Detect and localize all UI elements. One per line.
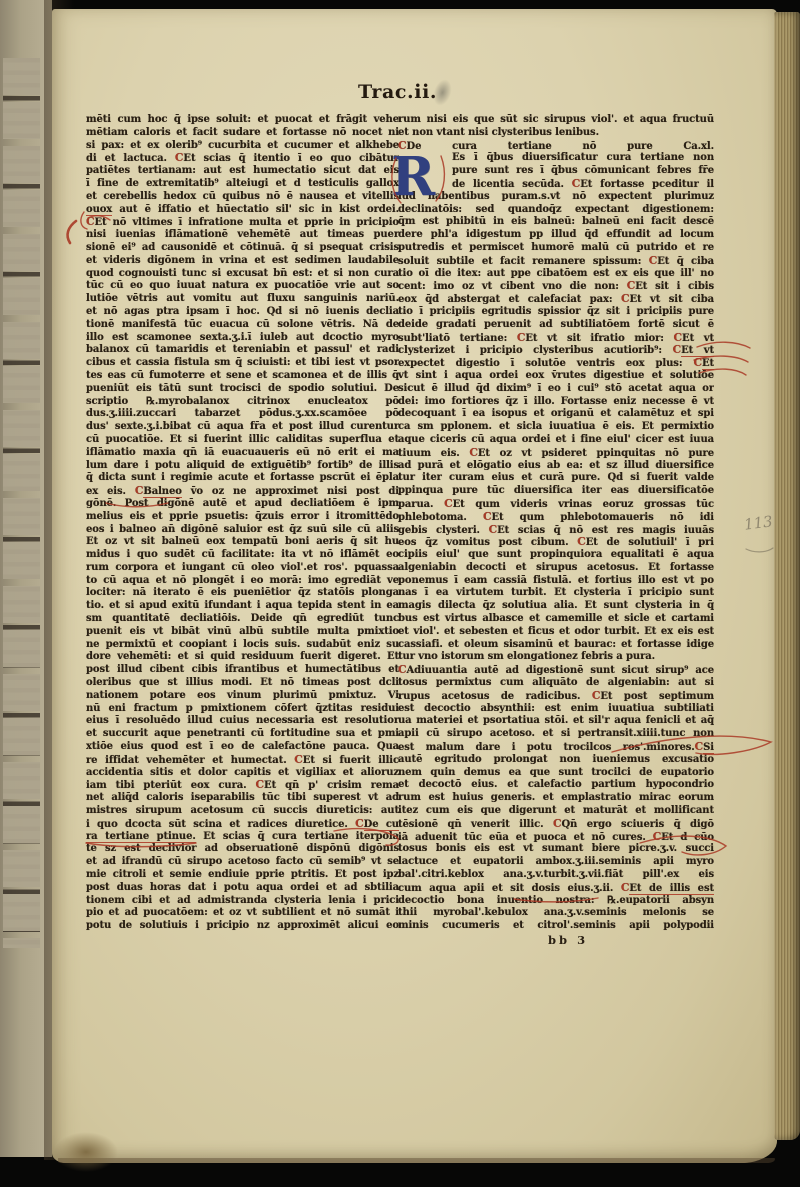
text-line: lutiōe vētris aut vomitu aut fluxu sangu… [86, 293, 399, 306]
text-line: q̄m est phibitū in eis balneū: balneū en… [398, 216, 714, 229]
text-line: dus.ʒ.iiii.zuccari tabarzet pōdus.ʒ.xx.s… [86, 408, 399, 421]
text-line: re iffidat vehemēter et humectat. CEt si… [86, 754, 399, 767]
text-line: xtiōe eius quod est ī eo de calefactōne … [86, 741, 399, 754]
text-line: deide gradati peruenit ad subtiliatōem f… [398, 319, 714, 332]
text-line: itez cum eis que digerunt et maturāt et … [398, 805, 714, 818]
text-line: ppinqua pure tūc diuersifica iter eas di… [398, 485, 714, 498]
text-line: mētiam caloris et facit sudare et fortas… [86, 127, 399, 140]
text-line: iam tibi pteriūt eox cura. CEt qn̄ p' cr… [86, 779, 399, 792]
text-line: et succurit aque penetranti cū fortitudi… [86, 728, 399, 741]
text-line: et viol'. et sebesten et ficus et odor t… [398, 626, 714, 639]
text-line: decoquant̄ ī ea isopus et origanū et cal… [398, 408, 714, 421]
text-line: Es ī q̄bus diuersificatur cura tertiane … [398, 152, 714, 165]
text-line: cent: imo oz vt cibent̄ vno die non: CEt… [398, 280, 714, 293]
text-line: parua. CEt qum videris vrinas eoruz gros… [398, 498, 714, 511]
text-line: CEt nō vltimes ī infratione multa et ppr… [86, 216, 399, 229]
text-line: sicut ē illud q̄d dixim⁹ ī eo i cui⁹ stō… [398, 383, 714, 396]
illuminated-initial: R [391, 153, 443, 205]
text-line: to cū aqua et nō plongēt i eo morā: imo … [86, 575, 399, 588]
fore-edge-page-stack [774, 12, 800, 1140]
text-line: cassiafi. et oleum sisaminū et baurac: e… [398, 639, 714, 652]
text-line: eox q̄d abstergat et calefaciat pax: CEt… [398, 293, 714, 306]
text-line: eos q̄z vomitus post cibum. CEt de solut… [398, 536, 714, 549]
text-line: sionē ei⁹ ad causonidē et cōtinuā. q̄ si… [86, 242, 399, 255]
text-line: cipiis eiul' que sunt propinquiora equal… [398, 549, 714, 562]
text-column-right: rum nisi eis que sūt sic sirupus viol'. … [398, 114, 714, 933]
text-line: decoctio bona inuentio nostra: ℞.eupator… [398, 895, 714, 908]
text-line: gebis clysteri. CEt scias q̄ nō est res … [398, 524, 714, 537]
text-line: phlebotoma. CEt qum phlebotomaueris nō i… [398, 511, 714, 524]
text-line: et non vtant̄ nisi clysteribus lenibus. [398, 127, 714, 140]
text-line: est malum dare i potu trocilcos ros'.min… [398, 741, 714, 754]
text-line: di et lactuca. CEt scias q̄ itentio ī eo… [86, 152, 399, 165]
text-line: potu de solutiuis i pricipio nz approxim… [86, 920, 399, 933]
text-line: mēti cum hoc q̄ ipse soluit: et puocat e… [86, 114, 399, 127]
text-line: post duas horas dat̄ i potu aqua ordei e… [86, 882, 399, 895]
text-line: tēsionē qn̄ venerit illic. CQn̄ ergo sci… [398, 818, 714, 831]
text-line: iflāmatio maxia qn̄ iā euacuaueris eū nō… [86, 447, 399, 460]
text-line: iā aduenit tūc eūa et puoca et nō cures.… [398, 831, 714, 844]
text-line: declinatōis: sed quandoq̄z expectant dig… [398, 204, 714, 217]
text-line: illo est scamonee sexta.ʒ.i.ī iuleb aut … [86, 332, 399, 345]
text-line: nationem potare eos vinum plurimū pmixtu… [86, 690, 399, 703]
text-line: cū puocatiōe. Et si fuerint illic calidi… [86, 434, 399, 447]
text-line: cum aqua apii et sit dosis eius.ʒ.ii. CE… [398, 882, 714, 895]
text-line: ouox aut ē iffatio et hūectatio sil' sic… [86, 204, 399, 217]
text-line: rum est huius generis. et emplastratio m… [398, 792, 714, 805]
text-line: cibus et cassia fistula sm q̄ sciuisti: … [86, 357, 399, 370]
text-line: de licentia secūda. CEt fortasse pceditu… [398, 178, 714, 191]
text-line: magis dilecta q̄z solutiua alia. Et sunt… [398, 600, 714, 613]
text-line: et videris digōnem in vrina et est sedim… [86, 255, 399, 268]
text-line: nem quin demus ea que sunt trocilci de e… [398, 767, 714, 780]
text-line: nisi iuenias iflāmationē vehemētē aut ti… [86, 229, 399, 242]
text-line: Et oz vt sit balneū eox tempatū boni aer… [86, 536, 399, 549]
text-line: aque ciceris cū aqua ordei et i fine eiu… [398, 434, 714, 447]
text-line: CAdiuuantia autē ad digestionē sunt sicu… [398, 664, 714, 677]
folio-pencil-number: 113 [743, 512, 774, 533]
text-line: vt sint i aqua ordei eox v̄rutes digesti… [398, 370, 714, 383]
text-line: eos i balneo an̄ digōnē saluior est q̄z … [86, 524, 399, 537]
text-line: tur iter curam eius et curā pure. Q̄d si… [398, 472, 714, 485]
text-line: melius eis et pprie psuetis: q̄zuis erro… [86, 511, 399, 524]
text-line: ca sm pplonem. et sicla iuuatiua ē eis. … [398, 421, 714, 434]
text-line: tes eas cū fumoterre et sene et scamonea… [86, 370, 399, 383]
text-line: net aliq̄d caloris iseparabilis tūc tibi… [86, 792, 399, 805]
text-line: ra tertiane ptinue. Et scias q̄ cura ter… [86, 831, 399, 844]
book-page: Trac.ii. mēti cum hoc q̄ ipse soluit: et… [52, 9, 777, 1163]
text-line: lactuce et eupatorii ambox.ʒ.iii.seminis… [398, 856, 714, 869]
text-line: minis cucumeris et citrol'.seminis apii … [398, 920, 714, 933]
text-line: mie citroli et semie endiuie pprie ptrit… [86, 869, 399, 882]
text-line: tionē manifestā tūc euacua cū solone vēt… [86, 319, 399, 332]
text-line: tosus bonis eis est vt sumant̄ biere pic… [398, 843, 714, 856]
text-line: si pax: et ex olerib⁹ cucurbita et cucum… [86, 140, 399, 153]
text-line: et cerebellis hedox cū quibus nō ē nause… [86, 191, 399, 204]
corner-stain [54, 1132, 118, 1172]
text-line: post illud cibent̄ cibis ifrantibus et h… [86, 664, 399, 677]
text-line: nū eni fractum p pmixtionem cōfert q̄zti… [86, 703, 399, 716]
text-column-left: mēti cum hoc q̄ ipse soluit: et puocat e… [86, 114, 399, 933]
text-line: apii cū sirupo acetoso. et si pertransit… [398, 728, 714, 741]
text-line: balanox cū tamaridis et tereniabin et pa… [86, 344, 399, 357]
text-line: tio. et si apud exitū ifundant̄ i aqua t… [86, 600, 399, 613]
text-line: tur vno istorum sm elongationez febris a… [398, 651, 714, 664]
text-line: patiētes tertianam: aut est humectatio s… [86, 165, 399, 178]
text-line: expectet̄ digestio ī solutōe ventris eox… [398, 357, 714, 370]
text-line: dore vehemēti: et si quid residuum fueri… [86, 651, 399, 664]
text-line: est decoctio absynthii: est enim iuuatiu… [398, 703, 714, 716]
text-line: rupus acetosus de radicibus. CEt post se… [398, 690, 714, 703]
text-line: gōnē. Post digōnē autē et apud decliatiō… [86, 498, 399, 511]
text-line: ex eis. CBalneo v̄o oz ne approximet nis… [86, 485, 399, 498]
text-line: pio et ad puocatōem: et oz vt subtilient… [86, 907, 399, 920]
running-title: Trac.ii. [358, 81, 437, 103]
text-line: putredis et permiscet humorē malū cū put… [398, 242, 714, 255]
text-line: te sz est declivior ad obseruationē disp… [86, 843, 399, 856]
text-line: dus' sexte.ʒ.i.bibat̄ cū aqua fr̄a et po… [86, 421, 399, 434]
text-line: tiuum eis. CEt oz vt psideret̄ ppinquita… [398, 447, 714, 460]
text-line: algeniabin decocti et sirupus acetosus. … [398, 562, 714, 575]
text-line: dei: imo fortiores q̄z ī illo. Fortasse … [398, 396, 714, 409]
text-line: lud habentibus puram.s.vt nō expectent p… [398, 191, 714, 204]
text-line: dere phl'a idigestum pp illud q̄d effund… [398, 229, 714, 242]
text-line: et ad ifrandū cū sirupo acetoso facto cū… [86, 856, 399, 869]
text-line: et decoctō eius. et calefactio partium h… [398, 779, 714, 792]
text-line: tosus permixtus cum aliquāto de algeniab… [398, 677, 714, 690]
text-line: bal'.citri.keblox ana.ʒ.v.turbit.ʒ.vii.f… [398, 869, 714, 882]
text-line: nas ī ea virtutem turbit. Et clysteria ī… [398, 587, 714, 600]
text-line: pueniūt eis tātū sunt trocisci de spodio… [86, 383, 399, 396]
text-line: midus i quo sudēt cū facilitate: ita vt … [86, 549, 399, 562]
text-line: ad purā et elōgatio eius ab ea: et sz il… [398, 460, 714, 473]
book-photo: Trac.ii. mēti cum hoc q̄ ipse soluit: et… [0, 0, 800, 1187]
text-line: tūc cū eo quo iuuat̄ natura ex puocatiōe… [86, 280, 399, 293]
text-line: scriptio ℞.myrobalanox citrinox enucleat… [86, 396, 399, 409]
text-line: sm quantitatē decliatiōis. Deide qn̄ egr… [86, 613, 399, 626]
text-line: eius ī resoluēdo illud cuius necessaria … [86, 715, 399, 728]
text-line: tio oī die itex: aut ppe cibatōem est ex… [398, 268, 714, 281]
text-line: et nō agas ptra ipsam ī hoc. Q̄d si nō i… [86, 306, 399, 319]
text-line: rum corpora et iungant̄ cū oleo viol'.et… [86, 562, 399, 575]
text-line: accidentia sitis et dolor capitis et vig… [86, 767, 399, 780]
text-line: ī fine de extremitatib⁹ alteiugi et d̄ t… [86, 178, 399, 191]
text-line: tionem cibi et ad admistranda clysteria … [86, 895, 399, 908]
quire-signature: bb 3 [548, 933, 588, 947]
text-line: ua materiei et psortatiua stōi. et sil'r… [398, 715, 714, 728]
text-line: quod cognouisti tunc si excusat bn̄ est:… [86, 268, 399, 281]
text-line: clysterizet̄ i pricipio clysteribus acut… [398, 344, 714, 357]
text-line: lociter: nā iterato ē eis pueniētior q̄z… [86, 587, 399, 600]
text-line: thii myrobal'.kebulox ana.ʒ.v.seminis me… [398, 907, 714, 920]
text-line: puenit eis vt bibāt vinū albū subtile mu… [86, 626, 399, 639]
text-line: autē egritudo prolongat̄ non iueniemus e… [398, 754, 714, 767]
text-line: i quo dcocta sūt scina et radices diuret… [86, 818, 399, 831]
text-line: CDe cura tertiane nō pure Ca.xl. [398, 140, 714, 153]
text-line: ponemus ī eam cassiā fistulā. et fortius… [398, 575, 714, 588]
text-line: lum dare i potu aliquid de extiguētib⁹ f… [86, 460, 399, 473]
text-line: soluit subtile et facit remanere spissum… [398, 255, 714, 268]
text-line: q̄ dicta sunt i regimie acute et fortass… [86, 472, 399, 485]
text-line: ne permixtū et coopiant̄ i locis suis. s… [86, 639, 399, 652]
text-line: pure sunt res ī q̄bus cōmunicant febres … [398, 165, 714, 178]
text-line: tio ī pricipiis egritudis spissior q̄z s… [398, 306, 714, 319]
text-line: oleribus que st illius modi. Et nō timea… [86, 677, 399, 690]
text-line: bus est virtus albasce et camemille et s… [398, 613, 714, 626]
text-line: rum nisi eis que sūt sic sirupus viol'. … [398, 114, 714, 127]
text-line: mistres sirupum acetosum cū succis diure… [86, 805, 399, 818]
text-line: subt'liatō tertiane: CEt vt sit ifratio … [398, 332, 714, 345]
